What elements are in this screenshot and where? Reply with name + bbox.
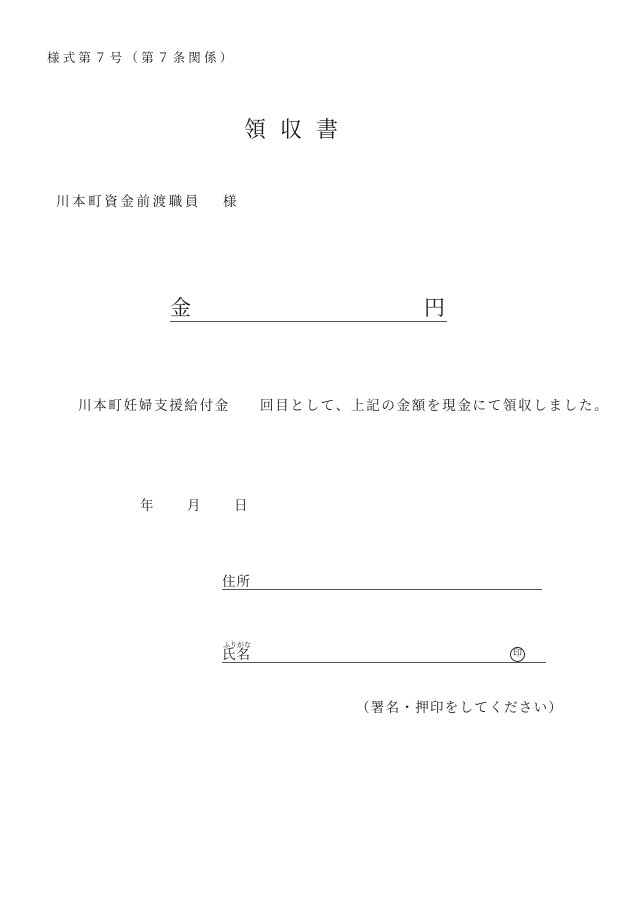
- statement-text: 回目として、上記の金額を現金にて領収しました。: [260, 398, 609, 414]
- amount-field[interactable]: 金 円: [170, 296, 447, 322]
- addressee: 川本町資金前渡職員様: [56, 190, 239, 210]
- address-field[interactable]: 住所: [222, 573, 542, 590]
- signature-instruction: （署名・押印をしてください）: [356, 696, 563, 716]
- amount-prefix: 金: [170, 292, 191, 322]
- document-title: 領収書: [244, 113, 352, 144]
- form-number: 様式第７号（第７条関係）: [47, 48, 235, 66]
- seal-mark-icon: 印: [510, 647, 525, 662]
- addressee-honorific: 様: [223, 194, 239, 210]
- day-label: 日: [234, 494, 248, 514]
- month-label: 月: [187, 494, 201, 514]
- address-label: 住所: [222, 570, 251, 590]
- receipt-statement: 川本町妊婦支援給付金回目として、上記の金額を現金にて領収しました。: [78, 394, 609, 414]
- amount-suffix: 円: [424, 292, 445, 322]
- name-field[interactable]: ふりがな 氏名 印: [222, 640, 546, 663]
- program-name: 川本町妊婦支援給付金: [78, 398, 230, 414]
- name-label: 氏名: [222, 643, 251, 663]
- addressee-name: 川本町資金前渡職員: [56, 194, 201, 210]
- year-label: 年: [140, 494, 154, 514]
